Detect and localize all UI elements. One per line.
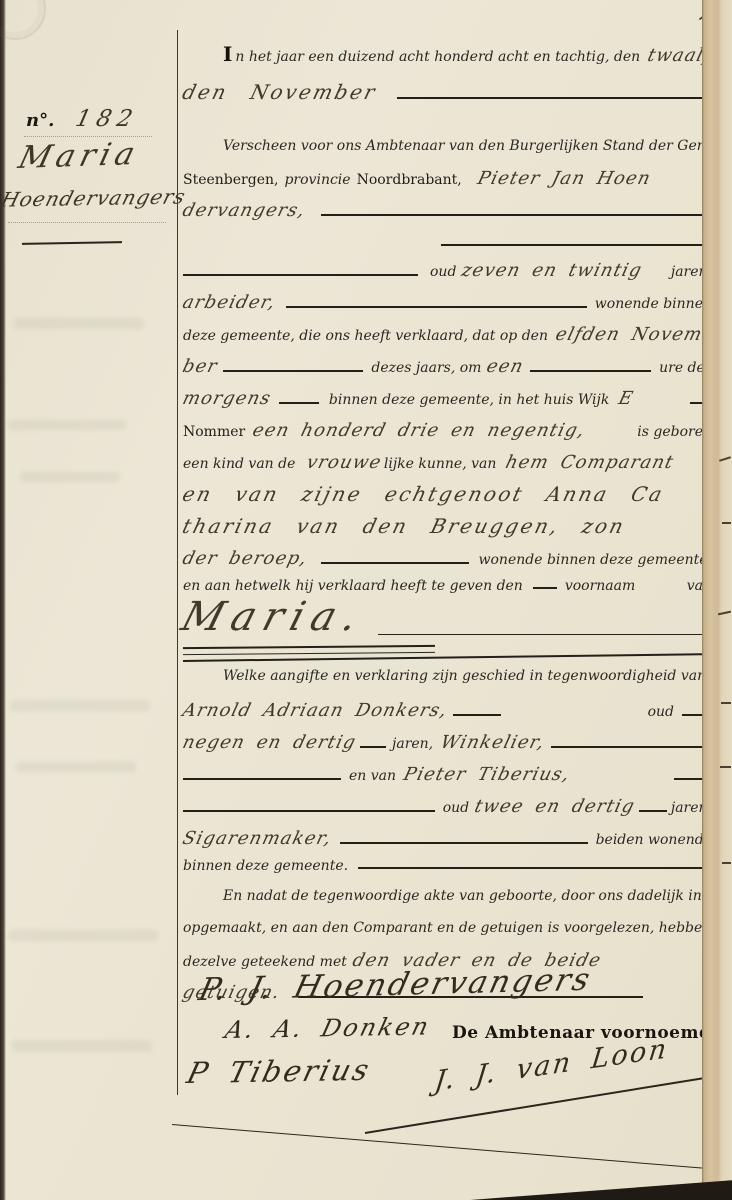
ruled-line — [551, 746, 712, 748]
margin-child-last-name: Hoendervangers — [0, 184, 189, 211]
printed-text: een kind van de — [183, 456, 295, 472]
act-line: En nadat de tegenwoordige akte van geboo… — [183, 888, 712, 904]
ruled-line — [358, 867, 712, 869]
handwritten-text: Pieter Jan Hoen — [475, 168, 715, 189]
handwritten-text: Sigarenmaker, — [180, 828, 334, 849]
act-line: deze gemeente, die ons heeft verklaard, … — [183, 324, 712, 345]
ruled-line — [530, 370, 651, 372]
handwritten-text: twee en dertig — [473, 796, 638, 817]
printed-text: Nommer — [183, 424, 245, 440]
act-line: binnen deze gemeente. — [183, 858, 712, 874]
act-line: den November — [183, 80, 712, 104]
ruled-line — [183, 274, 418, 276]
ruled-line — [321, 214, 712, 216]
officer-label: De Ambtenaar voornoemd, — [452, 1023, 718, 1043]
act-line: dervangers, — [183, 200, 712, 221]
act-line: Verscheen voor ons Ambtenaar van den Bur… — [183, 138, 712, 154]
printed-text: voornaam — [565, 578, 635, 594]
ruled-line — [321, 562, 468, 564]
handwritten-name: Maria. — [176, 594, 370, 640]
adjacent-page-ink-mark — [722, 522, 731, 524]
handwritten-text: den November — [180, 80, 380, 104]
act-number: 182 — [73, 106, 141, 132]
printed-text: binnen deze gemeente. — [183, 858, 348, 874]
act-line: en aan hetwelk hij verklaard heeft te ge… — [183, 578, 712, 594]
act-line: Nommereen honderd drie en negentig,is ge… — [183, 420, 712, 441]
signature-witness2: P Tiberius — [187, 1053, 370, 1090]
act-line: arbeider,wonende binnen — [183, 292, 712, 313]
ruled-line — [453, 714, 501, 716]
printed-text: jaren, — [392, 736, 433, 752]
ruled-line — [183, 778, 341, 780]
printed-text: oud — [430, 264, 456, 280]
margin-act-number-row: n°.182 — [26, 106, 138, 132]
ruled-line — [441, 244, 712, 246]
ruled-line — [340, 842, 588, 844]
act-line: oudtwee en dertigjaren, — [183, 796, 712, 817]
handwritten-text: een — [485, 356, 527, 377]
bleed-through — [16, 762, 136, 772]
printed-text: Steenbergen, — [183, 172, 278, 188]
act-line: morgensbinnen deze gemeente, in het huis… — [183, 388, 712, 409]
ruled-line — [279, 402, 319, 404]
printed-text: binnen deze gemeente, in het huis Wijk — [329, 392, 609, 408]
scan-left-edge — [0, 0, 6, 1200]
handwritten-text: Pieter Tiberius, — [401, 764, 676, 785]
bleed-through — [20, 472, 120, 482]
ruled-line — [360, 746, 386, 748]
handwritten-text: zeven en twintig — [460, 260, 674, 281]
printed-text: en van — [349, 768, 396, 784]
bleed-through — [8, 930, 158, 941]
name-double-underline — [183, 645, 435, 655]
handwritten-text: morgens — [180, 388, 273, 409]
scanned-birth-certificate: 7 n°.182 Maria Hoendervangers In het jaa… — [0, 0, 732, 1200]
embossed-seal — [0, 0, 46, 40]
handwritten-text: Arnold Adriaan Donkers, — [180, 700, 450, 721]
act-line: opgemaakt, en aan den Comparant en de ge… — [183, 920, 712, 936]
printed-text: beiden wonende — [596, 832, 712, 848]
handwritten-text: en van zijne echtgenoot Anna Ca — [180, 482, 667, 506]
signature-flourish — [365, 1076, 713, 1134]
bleed-through — [14, 318, 144, 329]
signature-witness1: A. A. Donken — [226, 1012, 431, 1044]
ruled-line — [223, 370, 363, 372]
ruled-line — [286, 306, 587, 308]
act-line: Welke aangifte en verklaring zijn geschi… — [183, 668, 712, 684]
printed-text: n het jaar een duizend acht honderd acht… — [235, 49, 640, 65]
printed-text: wonende binnen deze gemeente, — [479, 552, 712, 568]
adjacent-page-ink-mark — [720, 766, 731, 768]
printed-text: oud — [648, 704, 674, 720]
act-number-label: n°. — [26, 110, 54, 131]
handwritten-text: ber — [180, 356, 220, 377]
margin-dotted-line — [8, 222, 166, 223]
ruled-line — [378, 634, 712, 635]
handwritten-text: vrouwe — [305, 452, 385, 473]
printed-text: wonende binnen — [595, 296, 712, 312]
printed-text: oud — [443, 800, 469, 816]
handwritten-text: E — [617, 388, 693, 409]
bleed-through — [8, 420, 126, 430]
bleed-through — [12, 1040, 152, 1052]
act-line: In het jaar een duizend acht honderd ach… — [183, 42, 712, 66]
printed-text: dezes jaars, om — [371, 360, 481, 376]
ruled-line — [639, 810, 667, 812]
margin-child-first-name: Maria — [15, 136, 144, 176]
ruled-line — [533, 587, 557, 589]
margin-divider-line — [177, 30, 178, 1095]
handwritten-text: negen en dertig — [180, 732, 358, 753]
act-line: Arnold Adriaan Donkers,oud — [183, 700, 712, 721]
act-line: negen en dertigjaren,Winkelier, — [183, 732, 712, 753]
printed-text: provincie — [284, 172, 350, 188]
handwritten-text: elfden Novem — [553, 324, 714, 345]
handwritten-text: der beroep, — [180, 548, 309, 569]
act-line: der beroep,wonende binnen deze gemeente, — [183, 548, 712, 569]
act-line: Steenbergen,provincieNoordbrabant,Pieter… — [183, 168, 712, 189]
handwritten-text: een honderd drie en negentig, — [251, 420, 640, 441]
printed-text: Welke aangifte en verklaring zijn geschi… — [223, 668, 706, 684]
ruled-line — [397, 97, 712, 99]
act-line: en vanPieter Tiberius, — [183, 764, 712, 785]
printed-text: lijke kunne, van — [384, 456, 497, 472]
adjacent-page-ink-mark — [722, 862, 731, 864]
printed-text: deze gemeente, die ons heeft verklaard, … — [183, 328, 548, 344]
scan-bottom-edge — [470, 1178, 732, 1200]
printed-text: Noordbrabant, — [357, 172, 462, 188]
act-line: berdezes jaars, omeenure des — [183, 356, 712, 377]
act-line — [183, 244, 712, 251]
printed-text: Verscheen voor ons Ambtenaar van den Bur… — [223, 138, 732, 154]
printed-text: en aan hetwelk hij verklaard heeft te ge… — [183, 578, 523, 594]
act-line: oudzeven en twintigjaren, — [183, 260, 712, 281]
signature-flourish — [172, 1124, 706, 1169]
act-line: Maria. — [183, 594, 712, 640]
book-page-edge — [702, 0, 732, 1200]
printed-text: opgemaakt, en aan den Comparant en de ge… — [183, 920, 732, 936]
printed-text: En nadat de tegenwoordige akte van geboo… — [223, 888, 732, 904]
handwritten-text: Winkelier, — [439, 732, 548, 753]
act-line: een kind van devrouwelijke kunne, vanhem… — [183, 452, 712, 473]
adjacent-page-ink-mark — [721, 702, 731, 704]
handwritten-text: tharina van den Breuggen, zon — [180, 514, 628, 538]
bleed-through — [10, 700, 150, 711]
printed-text: is geboren — [637, 424, 712, 440]
act-line: tharina van den Breuggen, zon — [183, 514, 712, 538]
act-line: Sigarenmaker,beiden wonende — [183, 828, 712, 849]
ruled-line — [183, 810, 435, 812]
margin-underline — [22, 241, 122, 245]
handwritten-text: arbeider, — [180, 292, 278, 313]
act-line: en van zijne echtgenoot Anna Ca — [183, 482, 712, 506]
printed-initial: I — [223, 42, 235, 66]
handwritten-text: hem Comparant — [504, 452, 715, 473]
handwritten-text: dervangers, — [180, 200, 307, 221]
printed-text: dezelve geteekend met — [183, 954, 347, 970]
